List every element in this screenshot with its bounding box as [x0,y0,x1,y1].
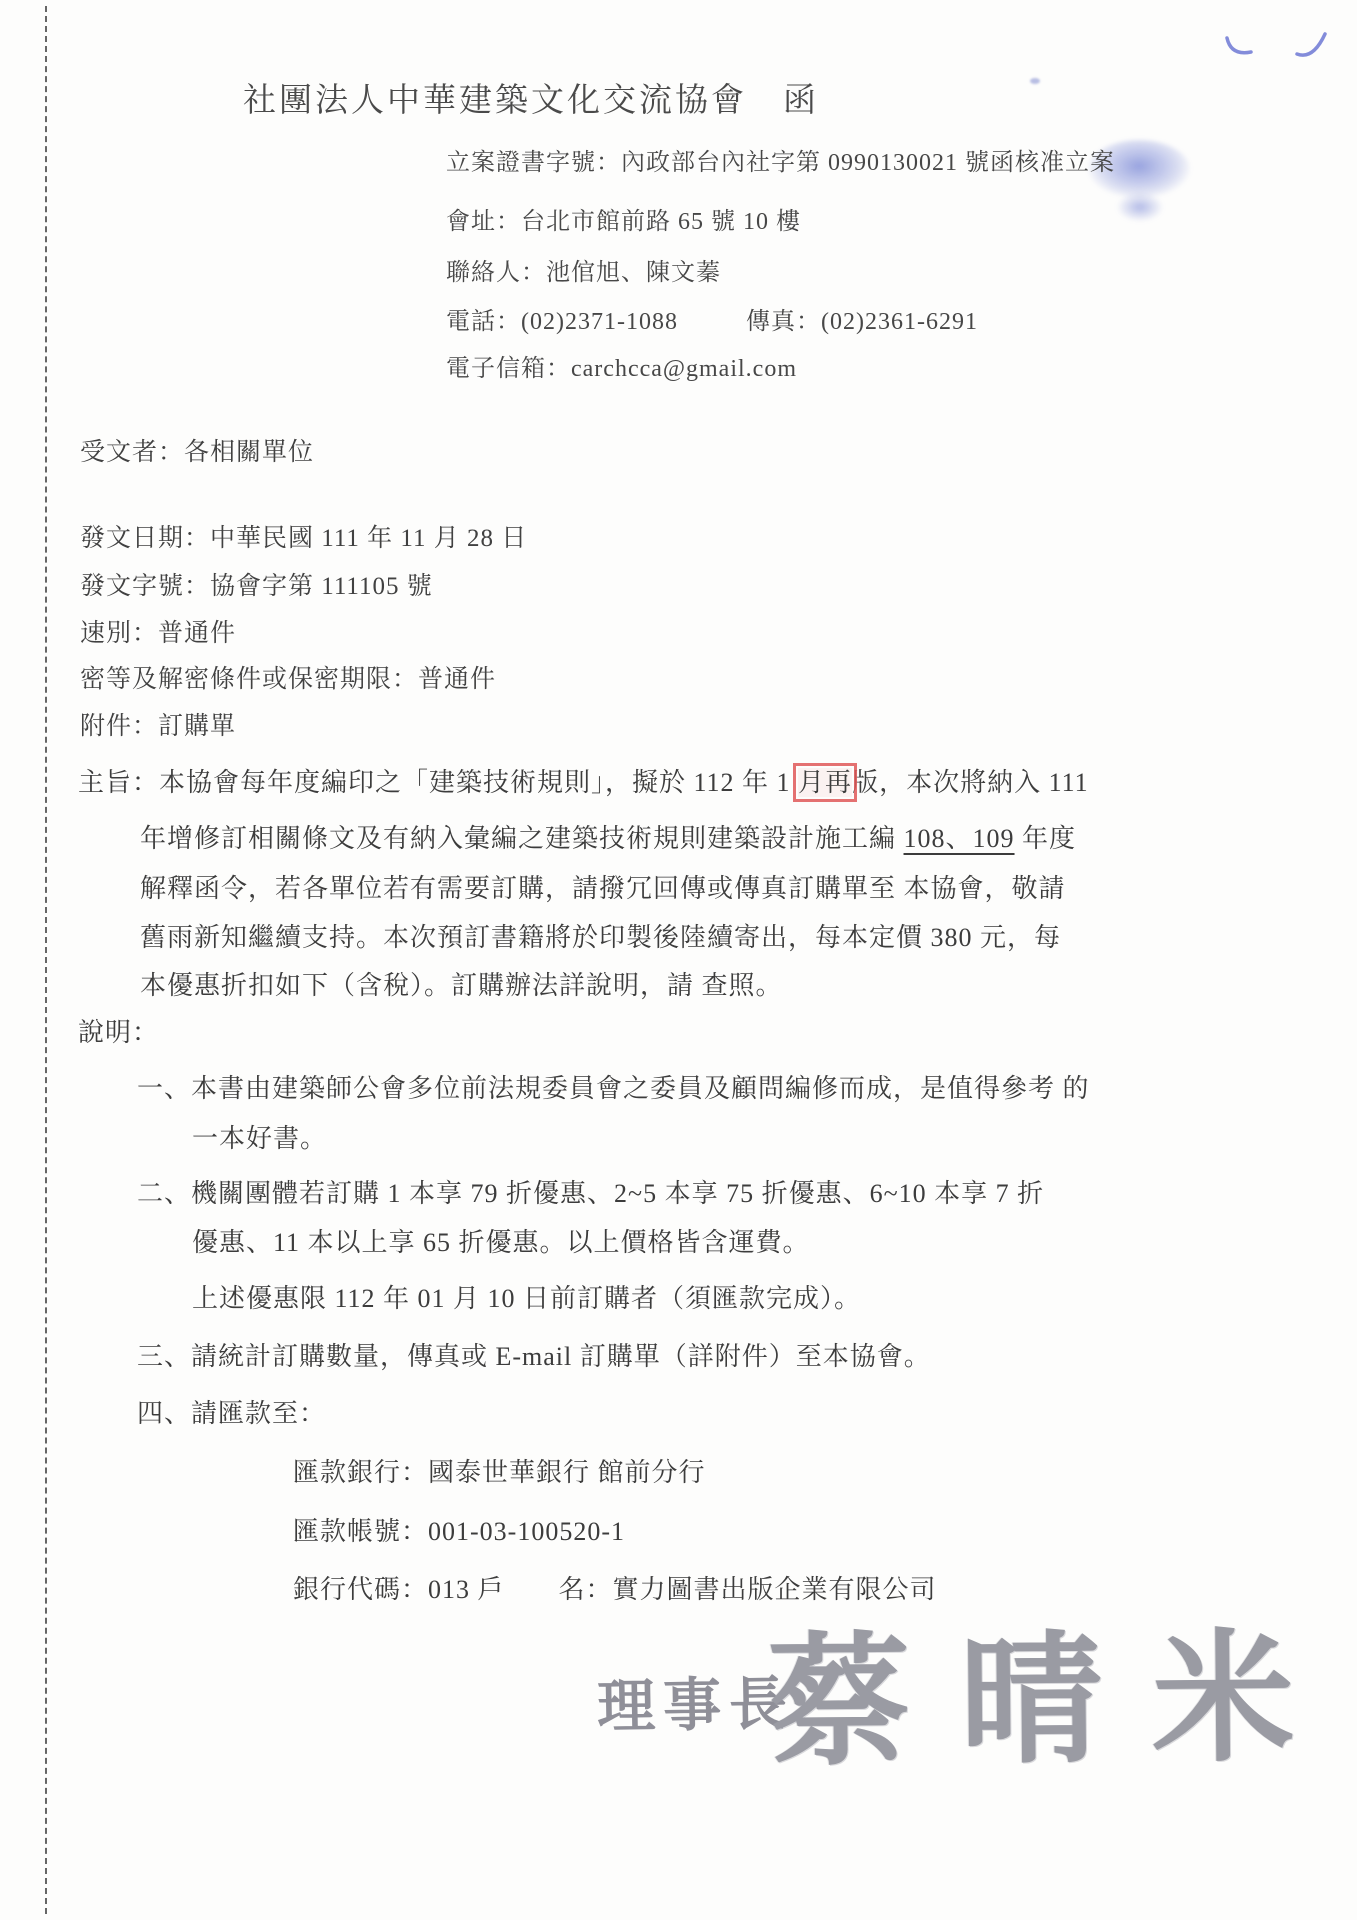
explanation-item-1-line-2: 一本好書。 [192,1118,327,1155]
blue-ink-scribble [1205,20,1345,75]
subject-line-1: 主旨：本協會每年度編印之「建築技術規則」，擬於 112 年 1 月再版，本次將納… [78,762,1089,799]
red-annotation-box: 月再 [798,768,852,797]
email-line: 電子信箱：carchcca@gmail.com [446,348,797,383]
recipient-line: 受文者：各相關單位 [80,432,314,468]
scanned-letter-page: 社團法人中華建築文化交流協會 函 立案證書字號：內政部台內社字第 0990130… [0,0,1357,1920]
phone-text: 電話：(02)2371-1088 [446,309,678,335]
issue-date-line: 發文日期：中華民國 111 年 11 月 28 日 [80,518,527,554]
explanation-item-2-line-2: 優惠、11 本以上享 65 折優惠。以上價格皆含運費。 [192,1222,810,1259]
subject-line-1-post: 版，本次將納入 111 [852,768,1089,797]
security-line: 密等及解密條件或保密期限：普通件 [80,659,496,695]
signature-name: 蔡晴米 [767,1583,1345,1792]
subject-line-4: 舊雨新知繼續支持。本次預訂書籍將於印製後陸續寄出，每本定價 380 元，每 [140,917,1061,954]
signature-title: 理事長 [596,1656,795,1743]
explanation-heading: 說明： [78,1012,159,1049]
attachment-line: 附件：訂購單 [80,706,236,742]
speed-line: 速別：普通件 [80,613,236,649]
blue-ink-smudge-tail [1116,192,1164,222]
subject-line-2-pre: 年增修訂相關條文及有納入彙編之建築技術規則建築設計施工編 [140,824,904,853]
contact-line: 聯絡人：池倌旭、陳文蓁 [446,252,721,287]
explanation-item-4: 四、請匯款至： [137,1393,326,1430]
subject-line-2-post: 年度 [1015,824,1077,853]
registration-line: 立案證書字號：內政部台內社字第 0990130021 號函核准立案 [446,142,1115,177]
explanation-item-2-line-1: 二、機關團體若訂購 1 本享 79 折優惠、2~5 本享 75 折優惠、6~10… [137,1173,1044,1210]
subject-line-5: 本優惠折扣如下（含稅）。訂購辦法詳說明，請 查照。 [140,965,783,1002]
doc-title: 社團法人中華建築文化交流協會 函 [243,74,819,121]
explanation-item-2-note: 上述優惠限 112 年 01 月 10 日前訂購者（須匯款完成）。 [192,1278,861,1315]
subject-line-1-pre: 主旨：本協會每年度編印之「建築技術規則」，擬於 112 年 1 [78,768,798,797]
subject-line-3: 解釋函令，若各單位若有需要訂購，請撥冗回傳或傳真訂購單至 本協會，敬請 [140,868,1066,905]
doc-number-line: 發文字號：協會字第 111105 號 [80,566,433,602]
fax-text: 傳真：(02)2361-6291 [746,309,978,335]
subject-line-2: 年增修訂相關條文及有納入彙編之建築技術規則建築設計施工編 108、109 年度 [140,818,1076,855]
phone-fax-line: 電話：(02)2371-1088傳真：(02)2361-6291 [446,301,978,336]
left-perforation-dashed-line [45,6,47,1914]
blue-ink-dot [1030,78,1040,84]
underlined-years: 108、109 [904,824,1015,853]
explanation-item-3: 三、請統計訂購數量，傳真或 E-mail 訂購單（詳附件）至本協會。 [137,1336,931,1373]
bank-account-line: 匯款帳號：001-03-100520-1 [293,1511,625,1548]
address-line: 會址：台北市館前路 65 號 10 樓 [446,201,801,236]
bank-name-line: 匯款銀行：國泰世華銀行 館前分行 [293,1452,706,1489]
explanation-item-1-line-1: 一、本書由建築師公會多位前法規委員會之委員及顧問編修而成，是值得參考 的 [137,1068,1090,1105]
